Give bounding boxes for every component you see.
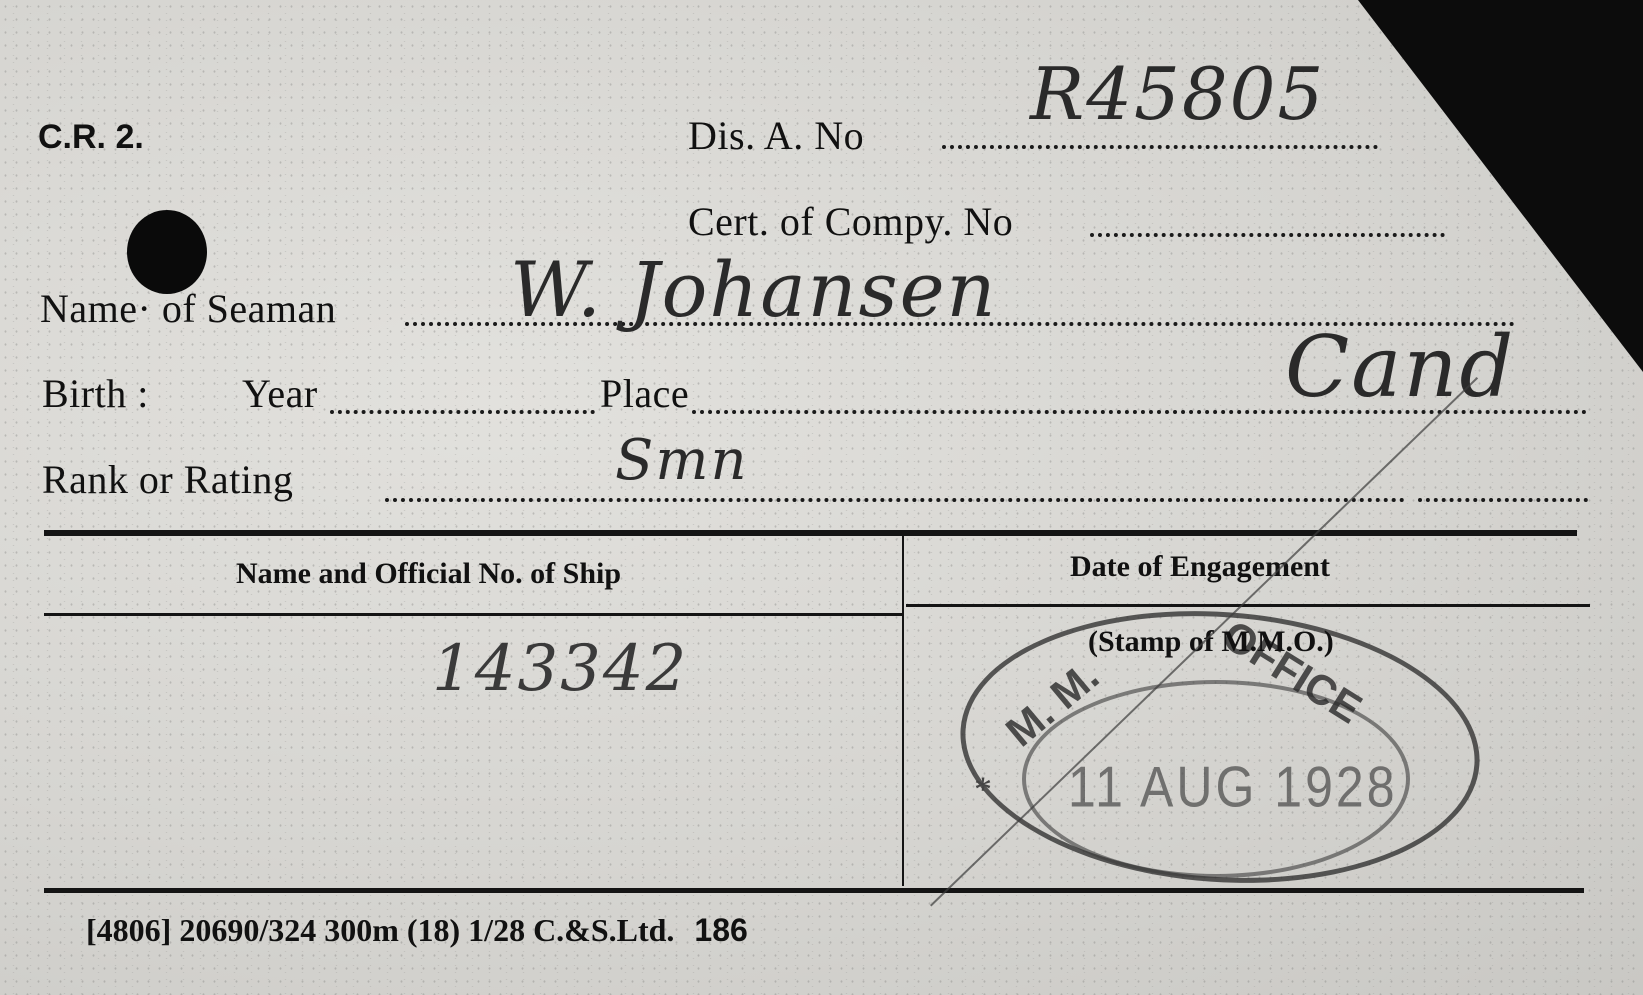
name-of-seaman-label: Name· of Seaman	[40, 285, 336, 332]
stamp-date: 11 AUG 1928	[1068, 754, 1398, 821]
rank-or-rating-label: Rank or Rating	[42, 456, 293, 503]
footer-print-code: [4806] 20690/324 300m (18) 1/28 C.&S.Ltd…	[86, 912, 748, 949]
rank-or-rating-dotted-line	[385, 498, 1405, 502]
rank-or-rating-value: Smn	[615, 428, 749, 493]
table-column-divider	[902, 536, 904, 886]
dis-a-no-label: Dis. A. No	[688, 112, 864, 159]
stamp-instruction: (Stamp of M.M.O.)	[1088, 625, 1334, 659]
birth-label: Birth :	[42, 370, 149, 417]
punch-hole	[127, 210, 207, 294]
stamp-star-icon: *	[974, 768, 992, 810]
column-header-ship: Name and Official No. of Ship	[236, 557, 621, 591]
footer-number: 186	[694, 912, 747, 948]
dis-a-no-value: R45805	[1030, 52, 1325, 136]
birth-year-label: Year	[242, 370, 318, 417]
cert-of-compy-no-label: Cert. of Compy. No	[688, 198, 1013, 245]
form-code: C.R. 2.	[38, 118, 144, 157]
table-bottom-rule	[44, 888, 1584, 893]
birth-place-label: Place	[600, 370, 689, 417]
ship-official-number: 143342	[432, 632, 688, 706]
dis-a-no-dotted-line	[942, 145, 1378, 149]
seaman-record-card: C.R. 2. Dis. A. No R45805 Cert. of Compy…	[0, 0, 1643, 995]
rank-or-rating-dotted-line-end	[1418, 498, 1588, 502]
footer-print-code-text: [4806] 20690/324 300m (18) 1/28 C.&S.Ltd…	[86, 912, 674, 948]
birth-year-dotted-line	[330, 410, 595, 414]
birth-place-value: Cand	[1285, 318, 1515, 416]
name-of-seaman-value: W. Johansen	[510, 245, 998, 334]
table-header-rule-left	[44, 613, 902, 616]
cert-of-compy-no-dotted-line	[1090, 233, 1445, 237]
table-header-rule-right	[906, 604, 1590, 607]
table-top-rule	[44, 530, 1577, 536]
